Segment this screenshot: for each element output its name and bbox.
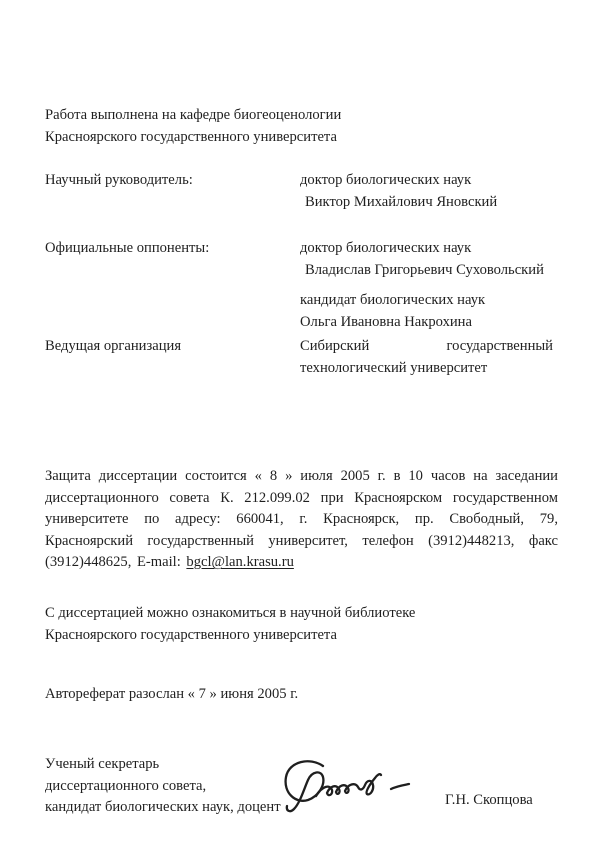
supervisor-degree: доктор биологических наук bbox=[300, 170, 556, 192]
opponent-second-name: Ольга Ивановна Накрохина bbox=[300, 312, 556, 334]
secretary-block: Ученый секретарь диссертационного совета… bbox=[45, 754, 295, 819]
opponent-first-degree: доктор биологических наук bbox=[300, 238, 556, 260]
opponent-second-degree: кандидат биологических наук bbox=[300, 290, 556, 312]
defense-paragraph: Защита диссертации состоится « 8 » июля … bbox=[45, 466, 558, 574]
leading-organization-value: Сибирский государственный технологически… bbox=[300, 336, 553, 379]
opponents-label: Официальные оппоненты: bbox=[45, 238, 209, 260]
secretary-line2: диссертационного совета, bbox=[45, 776, 295, 798]
secretary-line1: Ученый секретарь bbox=[45, 754, 295, 776]
library-line2: Красноярского государственного университ… bbox=[45, 625, 505, 647]
signature bbox=[278, 756, 420, 820]
library-block: С диссертацией можно ознакомиться в науч… bbox=[45, 603, 505, 646]
library-line1: С диссертацией можно ознакомиться в науч… bbox=[45, 603, 505, 625]
supervisor-value: доктор биологических наук Виктор Михайло… bbox=[300, 170, 556, 213]
performed-at-line1: Работа выполнена на кафедре биогеоценоло… bbox=[45, 105, 505, 127]
defense-email-link[interactable]: bgcl@lan.krasu.ru bbox=[186, 554, 293, 570]
performed-at-line2: Красноярского государственного университ… bbox=[45, 127, 505, 149]
mailed-date-line: Автореферат разослан « 7 » июня 2005 г. bbox=[45, 684, 298, 706]
performed-at-block: Работа выполнена на кафедре биогеоценоло… bbox=[45, 105, 505, 148]
supervisor-label: Научный руководитель: bbox=[45, 170, 193, 192]
opponent-first-name: Владислав Григорьевич Суховольский bbox=[300, 260, 556, 282]
opponent-first: доктор биологических наук Владислав Григ… bbox=[300, 238, 556, 281]
signer-name: Г.Н. Скопцова bbox=[445, 790, 533, 812]
leading-organization-label: Ведущая организация bbox=[45, 336, 181, 358]
supervisor-name: Виктор Михайлович Яновский bbox=[300, 192, 556, 214]
secretary-line3: кандидат биологических наук, доцент bbox=[45, 797, 295, 819]
defense-text: Защита диссертации состоится « 8 » июля … bbox=[45, 468, 558, 570]
scanned-document-page: Работа выполнена на кафедре биогеоценоло… bbox=[0, 0, 600, 858]
opponent-second: кандидат биологических наук Ольга Иванов… bbox=[300, 290, 556, 333]
